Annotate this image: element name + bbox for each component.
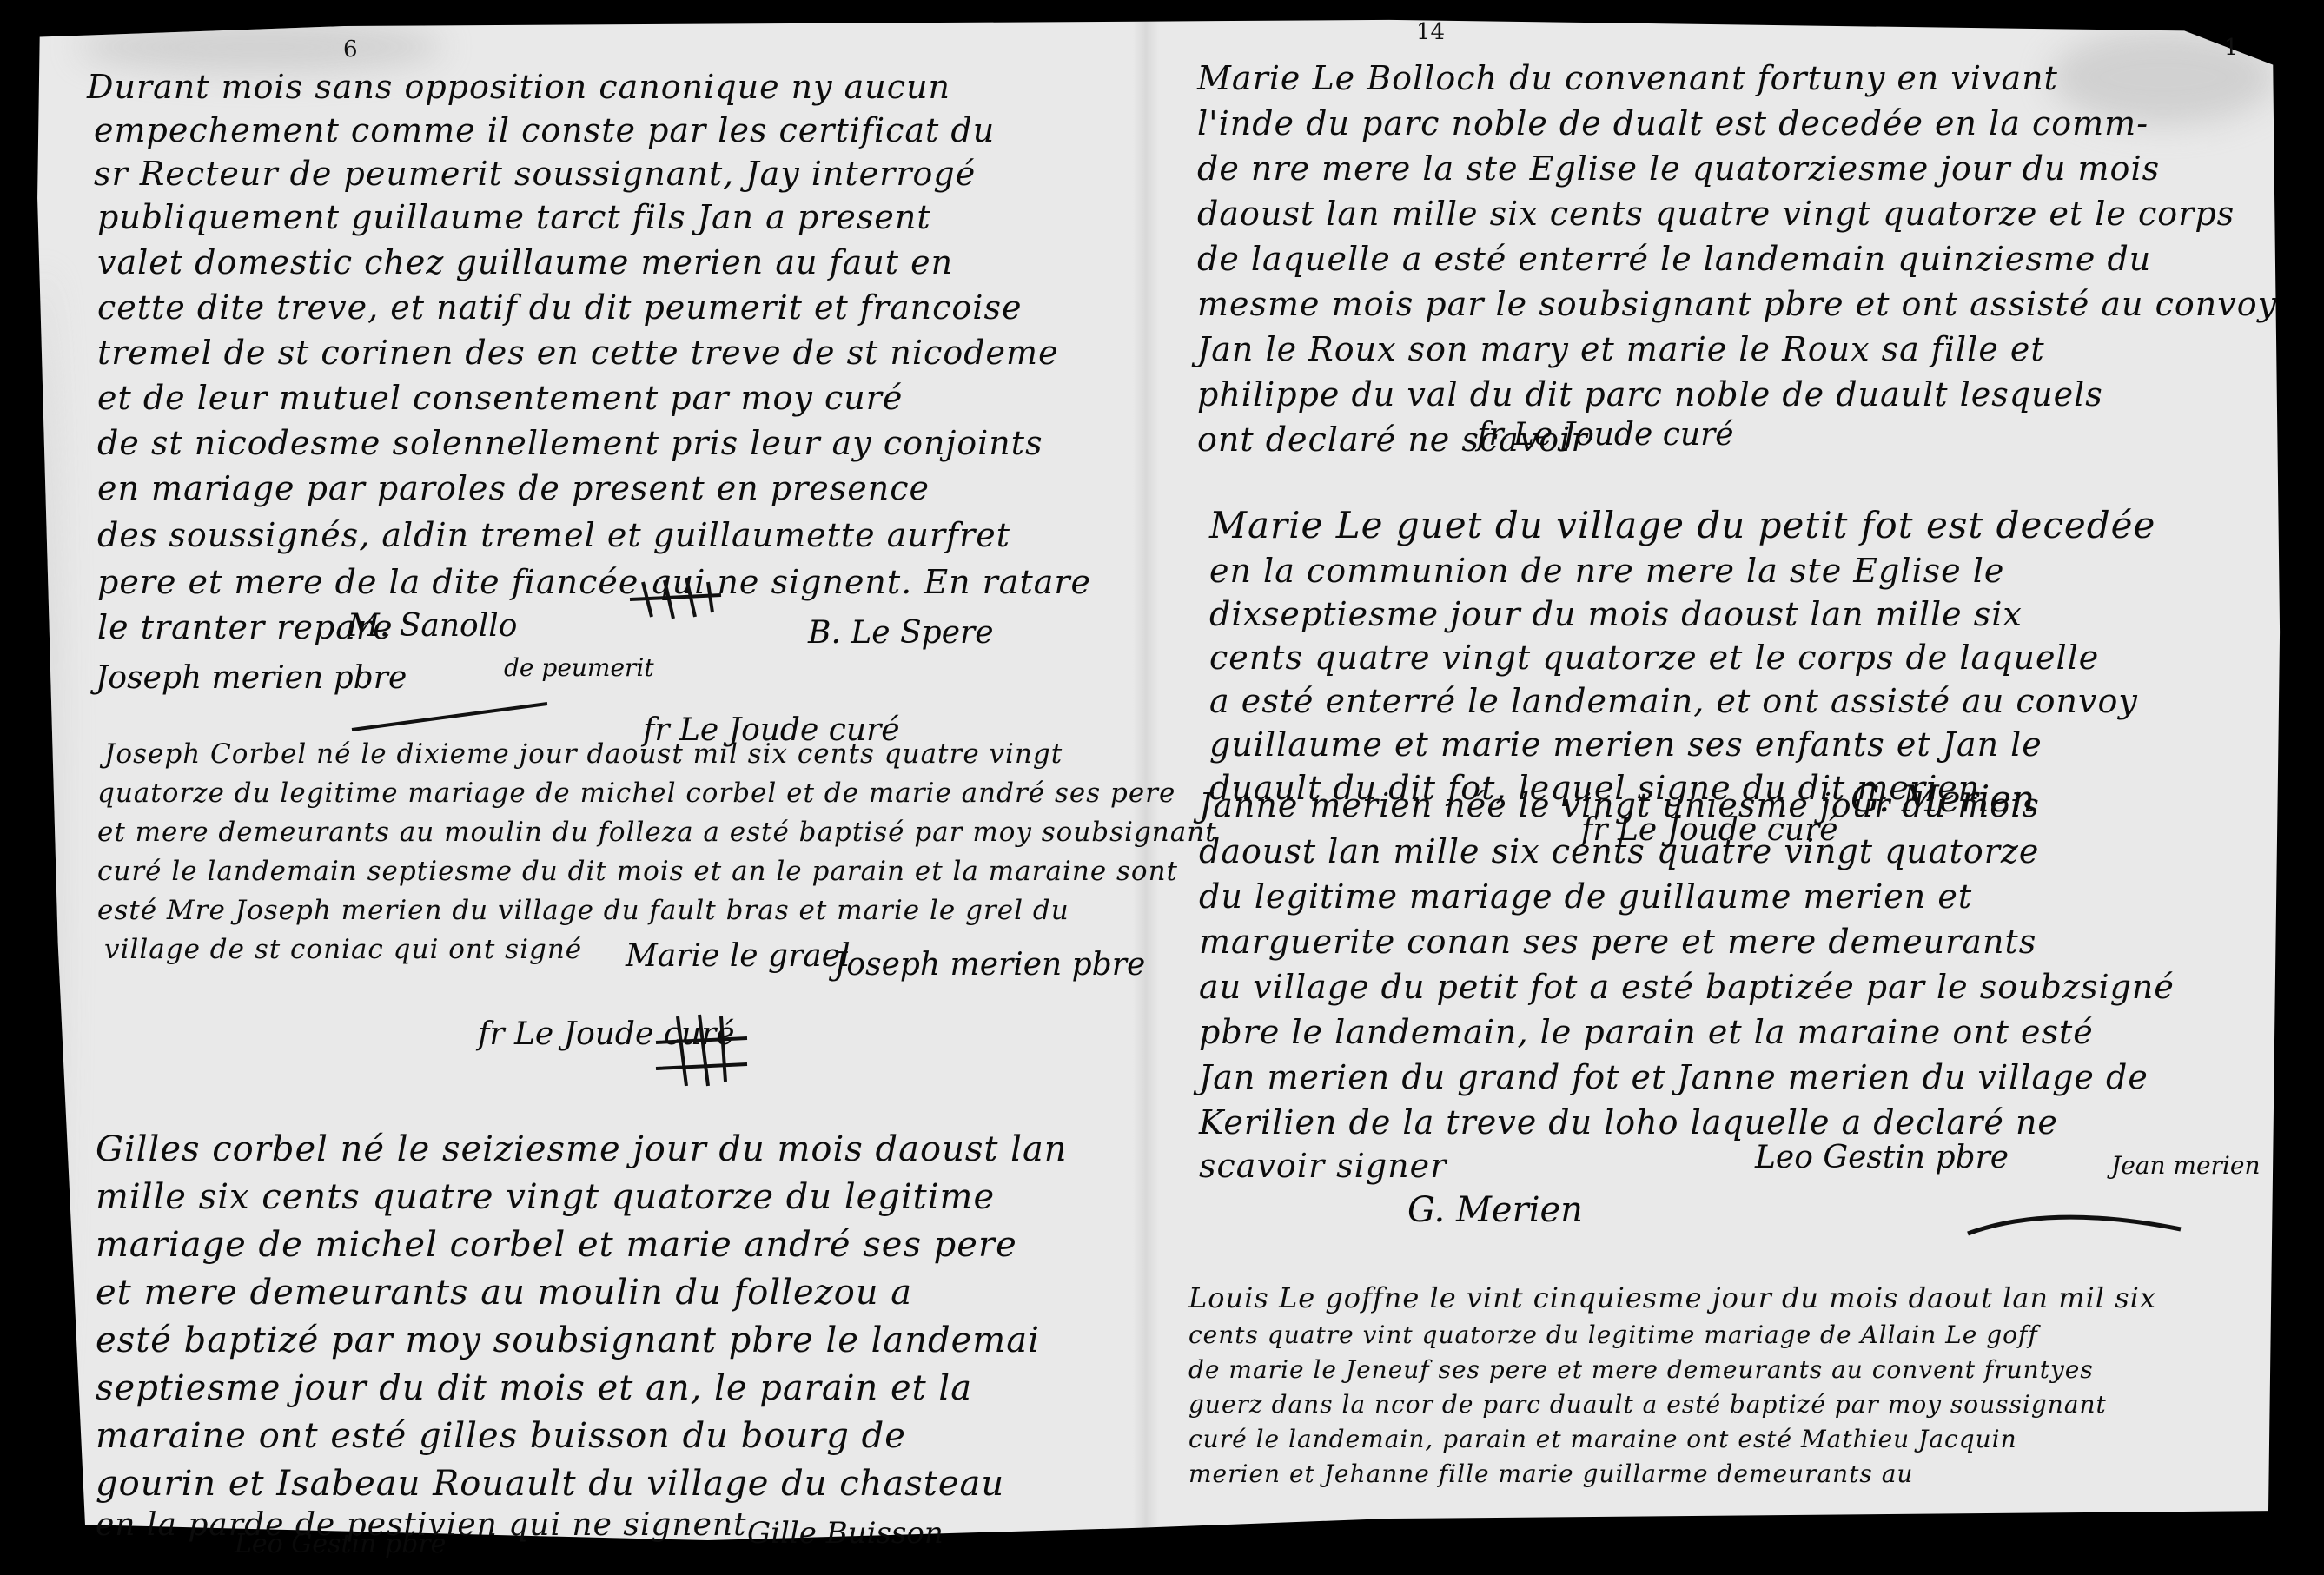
entry-line: Marie Le guet du village du petit fot es…	[1209, 504, 2155, 546]
entry-line: maraine ont esté gilles buisson du bourg…	[96, 1416, 906, 1456]
signature: Jean merien	[2111, 1151, 2261, 1180]
paper-edge-shadow	[26, 273, 61, 1402]
entry-line: en la communion de nre mere la ste Eglis…	[1209, 552, 2004, 590]
entry-line: Joseph Corbel né le dixieme jour daoust …	[104, 738, 1063, 770]
entry-line: a esté enterré le landemain, et ont assi…	[1209, 682, 2138, 720]
entry-line: tremel de st corinen des en cette treve …	[97, 334, 1059, 372]
entry-line: de laquelle a esté enterré le landemain …	[1197, 240, 2151, 278]
entry-line: au village du petit fot a esté baptizée …	[1199, 968, 2175, 1006]
entry-line: de marie le Jeneuf ses pere et mere deme…	[1188, 1355, 2094, 1384]
entry-line: merien et Jehanne fille marie guillarme …	[1188, 1459, 1913, 1488]
entry-line: l'inde du parc noble de dualt est decedé…	[1197, 104, 2149, 142]
paper-stain	[78, 21, 443, 73]
entry-line: mesme mois par le soubsignant pbre et on…	[1197, 285, 2277, 323]
entry-line: des soussignés, aldin tremel et guillaum…	[97, 516, 1010, 554]
entry-line: cents quatre vingt quatorze et le corps …	[1209, 639, 2099, 677]
entry-line: du legitime mariage de guillaume merien …	[1199, 877, 1972, 916]
signature: fr Le Joude curé	[1477, 417, 1734, 453]
entry-line: septiesme jour du dit mois et an, le par…	[96, 1368, 972, 1408]
entry-line: publiquement guillaume tarct fils Jan a …	[97, 198, 931, 236]
entry-line: mille six cents quatre vingt quatorze du…	[96, 1177, 995, 1217]
entry-line: empechement comme il conste par les cert…	[94, 111, 995, 149]
signature: Gille Buisson	[747, 1516, 944, 1551]
signature: B. Le Spere	[808, 615, 994, 651]
entry-line: et mere demeurants au moulin du folleza …	[97, 817, 1217, 848]
entry-line: Durant mois sans opposition canonique ny…	[87, 68, 950, 106]
signature: M. Sanollo	[348, 608, 517, 644]
entry-line: Marie Le Bolloch du convenant fortuny en…	[1197, 59, 2058, 97]
entry-line: et mere demeurants au moulin du follezou…	[96, 1273, 912, 1313]
paraph-flourish	[652, 1008, 756, 1095]
entry-line: Janne merien née le vingt uniesme jour d…	[1199, 786, 2040, 824]
entry-line: quatorze du legitime mariage de michel c…	[97, 778, 1175, 809]
corner-mark: 1	[2224, 35, 2239, 61]
folio-mark: 14	[1416, 19, 1445, 45]
entry-line: de st nicodesme solennellement pris leur…	[97, 424, 1043, 462]
folio-mark: 6	[343, 36, 358, 63]
signature: Marie le grael	[626, 938, 851, 974]
entry-line: village de st coniac qui ont signé	[104, 934, 582, 965]
entry-line: pere et mere de la dite fiancée qui ne s…	[97, 563, 1091, 601]
entry-line: valet domestic chez guillaume merien au …	[97, 243, 953, 281]
entry-line: daoust lan mille six cents quatre vingt …	[1197, 195, 2235, 233]
entry-line: esté Mre Joseph merien du village du fau…	[97, 895, 1069, 926]
entry-line: pbre le landemain, le parain et la marai…	[1199, 1013, 2094, 1051]
entry-line: guillaume et marie merien ses enfants et…	[1209, 725, 2043, 764]
entry-line: Kerilien de la treve du loho laquelle a …	[1199, 1103, 2058, 1142]
entry-line: philippe du val du dit parc noble de dua…	[1197, 375, 2103, 414]
entry-line: mariage de michel corbel et marie andré …	[96, 1225, 1017, 1265]
signature: G. Merien	[1407, 1190, 1583, 1230]
entry-line: scavoir signer	[1199, 1147, 1447, 1185]
entry-line: et de leur mutuel consentement par moy c…	[97, 379, 903, 417]
entry-line: gourin et Isabeau Rouault du village du …	[96, 1464, 1004, 1504]
entry-line: de nre mere la ste Eglise le quatorziesm…	[1197, 149, 2160, 188]
entry-line: daoust lan mille six cents quatre vingt …	[1199, 832, 2039, 870]
signature: de peumerit	[504, 653, 654, 682]
entry-line: cette dite treve, et natif du dit peumer…	[97, 288, 1022, 327]
signature: Joseph merien pbre	[834, 947, 1145, 983]
entry-line: esté baptizé par moy soubsignant pbre le…	[96, 1320, 1040, 1360]
signature: Leo Gestin pbre	[1755, 1140, 2009, 1175]
entry-line: sr Recteur de peumerit soussignant, Jay …	[94, 155, 976, 193]
entry-line: marguerite conan ses pere et mere demeur…	[1199, 923, 2036, 961]
entry-line: cents quatre vint quatorze du legitime m…	[1188, 1320, 2038, 1349]
entry-line: Jan merien du grand fot et Janne merien …	[1199, 1058, 2149, 1096]
entry-line: curé le landemain septiesme du dit mois …	[97, 856, 1178, 887]
signature-flourish	[1963, 1208, 2189, 1251]
signature: Leo Gestin pbre	[235, 1529, 446, 1559]
paraph-flourish	[626, 565, 730, 625]
entry-line: Jan le Roux son mary et marie le Roux sa…	[1197, 330, 2045, 368]
entry-line: Louis Le goffne le vint cinquiesme jour …	[1188, 1281, 2156, 1314]
entry-line: en mariage par paroles de present en pre…	[97, 469, 930, 507]
entry-line: Gilles corbel né le seiziesme jour du mo…	[96, 1129, 1068, 1169]
entry-line: guerz dans la ncor de parc duault a esté…	[1188, 1390, 2107, 1419]
entry-line: dixseptiesme jour du mois daoust lan mil…	[1209, 595, 2023, 633]
signature: Joseph merien pbre	[96, 660, 407, 696]
entry-line: curé le landemain, parain et maraine ont…	[1188, 1425, 2017, 1453]
